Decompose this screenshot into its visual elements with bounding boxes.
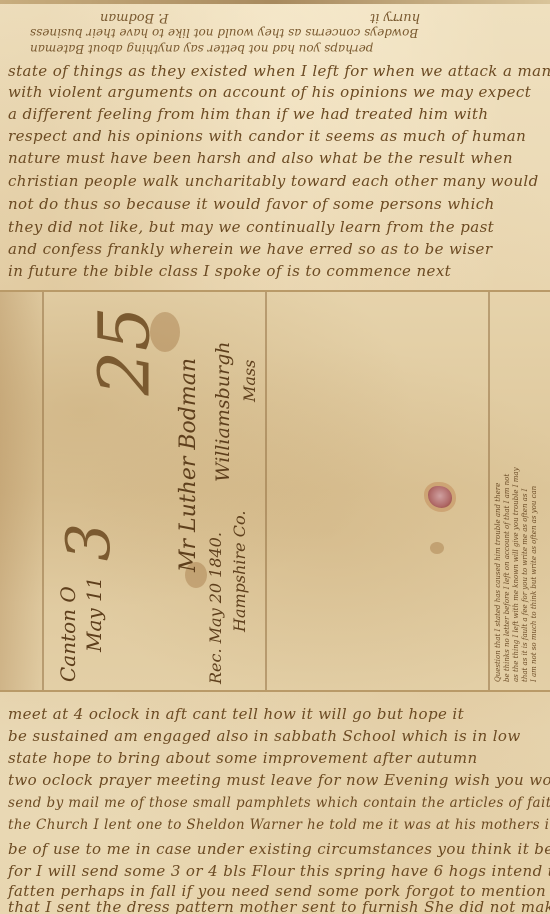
recipient-state: Mass [240,360,259,402]
fold-line [42,292,44,690]
postscript-line: perhaps you had not better say anything … [30,42,373,56]
letter-line: nature must have been harsh and also wha… [8,149,546,167]
letter-line: with violent arguments on account of his… [8,83,546,101]
postmark-place: Canton O [56,586,80,682]
letter-line: for I will send some 3 or 4 bls Flour th… [8,862,546,880]
margin-note-line: Question that I stated has caused him tr… [494,483,503,682]
letter-line: send by mail me of those small pamphlets… [8,795,546,811]
letter-line: a different feeling from him than if we … [8,105,546,123]
postage-rate: 25 [84,306,166,395]
letter-line: meet at 4 oclock in aft cant tell how it… [8,705,546,723]
stain [430,542,444,554]
recipient-town: Williamsburgh [212,342,234,482]
fold-line [265,292,267,690]
margin-note-line: be thinks no letter before I left on acc… [503,474,512,682]
letter-line: and confess frankly wherein we have erre… [8,240,546,258]
margin-note-line: that as it is fault a fee for you to wri… [521,489,530,682]
recipient-county: Hampshire Co. [230,511,249,632]
letter-line: that I sent the dress pattern mother sen… [8,898,546,914]
margin-note-line: as the thing I left with me known will g… [512,467,521,682]
postscript-line: Bowdeys concerns as they would not like … [30,26,418,40]
postmark-date: May 11 [82,576,106,652]
letter-line: the Church I lent one to Sheldon Warner … [8,817,546,833]
letter-line: they did not like, but may we continuall… [8,218,546,236]
postage-mark: 3 [54,523,124,561]
letter-line: in future the bible class I spoke of is … [8,262,546,280]
fold-line [488,292,490,690]
margin-note-line: I am not so much to think but write as o… [530,486,539,682]
letter-line: not do thus so because it would favor of… [8,195,546,213]
letter-line: christian people walk uncharitably towar… [8,172,546,190]
fold-shadow [0,292,42,690]
letter-line: two oclock prayer meeting must leave for… [8,771,546,789]
letter-line: be sustained am engaged also in sabbath … [8,727,546,745]
recipient-name: Mr Luther Bodman [176,358,201,572]
postscript-signature: P. Bodman [100,10,169,25]
letter-line: state hope to bring about some improveme… [8,749,546,767]
paper-top-edge [0,0,550,4]
wax-seal [428,486,452,508]
letter-line: respect and his opinions with candor it … [8,127,546,145]
postscript-line: hurry it [370,10,420,25]
letter-line: state of things as they existed when I l… [8,62,546,80]
letter-line: be of use to me in case under existing c… [8,840,546,858]
letter-page: hurry it Bowdeys concerns as they would … [0,0,550,914]
address-panel: 25 3 Canton O May 11 Mr Luther Bodman Wi… [0,290,550,692]
received-date: Rec. May 20 1840. [206,532,225,684]
